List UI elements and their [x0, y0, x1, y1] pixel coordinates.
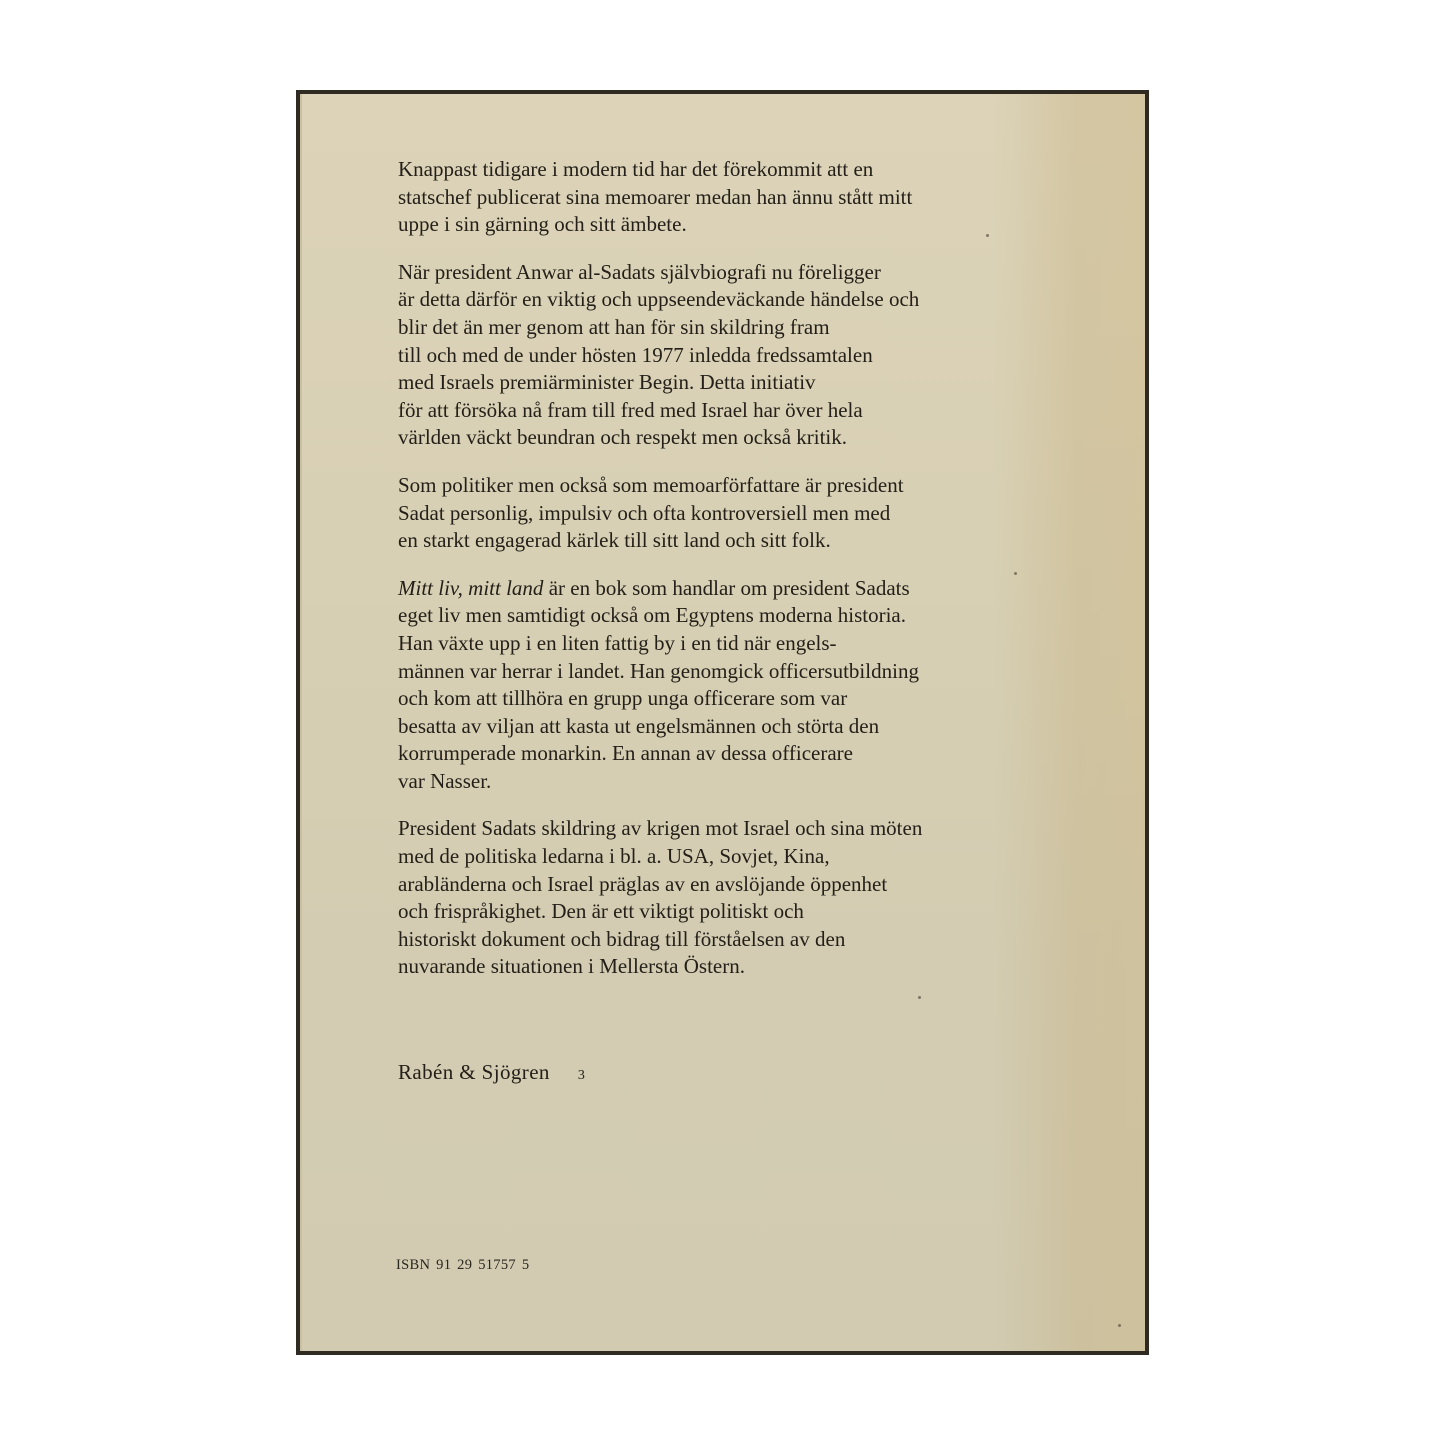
- publisher-row: Rabén & Sjögren 3: [398, 1060, 585, 1085]
- text-line: för att försöka nå fram till fred med Is…: [398, 397, 1038, 425]
- text-line: besatta av viljan att kasta ut engelsmän…: [398, 713, 1038, 741]
- paragraph-2: När president Anwar al-Sadats självbiogr…: [398, 259, 1038, 452]
- text-line: eget liv men samtidigt också om Egyptens…: [398, 602, 1038, 630]
- text-line: männen var herrar i landet. Han genomgic…: [398, 658, 1038, 686]
- text-line: historiskt dokument och bidrag till förs…: [398, 926, 1038, 954]
- paper-speck: [918, 996, 921, 999]
- text-line: Sadat personlig, impulsiv och ofta kontr…: [398, 500, 1038, 528]
- text-line: var Nasser.: [398, 768, 1038, 796]
- text-line: Som politiker men också som memoarförfat…: [398, 472, 1038, 500]
- paper-speck: [986, 234, 989, 237]
- text-line: och frispråkighet. Den är ett viktigt po…: [398, 898, 1038, 926]
- text-line: med de politiska ledarna i bl. a. USA, S…: [398, 843, 1038, 871]
- paragraph-5: President Sadats skildring av krigen mot…: [398, 815, 1038, 981]
- text-line: arabländerna och Israel präglas av en av…: [398, 871, 1038, 899]
- text-line: statschef publicerat sina memoarer medan…: [398, 184, 1038, 212]
- text-line: är detta därför en viktig och uppseendev…: [398, 286, 1038, 314]
- text-line: med Israels premiärminister Begin. Detta…: [398, 369, 1038, 397]
- text-line: blir det än mer genom att han för sin sk…: [398, 314, 1038, 342]
- edition-mark: 3: [578, 1068, 585, 1084]
- isbn: ISBN 91 29 51757 5: [396, 1257, 529, 1274]
- text-line: och kom att tillhöra en grupp unga offic…: [398, 685, 1038, 713]
- text-line: Knappast tidigare i modern tid har det f…: [398, 156, 1038, 184]
- text-line: När president Anwar al-Sadats självbiogr…: [398, 259, 1038, 287]
- blurb-text: Knappast tidigare i modern tid har det f…: [398, 156, 1038, 1001]
- publisher-name: Rabén & Sjögren: [398, 1060, 550, 1085]
- paragraph-1: Knappast tidigare i modern tid har det f…: [398, 156, 1038, 239]
- text-line: en starkt engagerad kärlek till sitt lan…: [398, 527, 1038, 555]
- text-line-rest: är en bok som handlar om president Sadat…: [543, 576, 909, 600]
- paragraph-3: Som politiker men också som memoarförfat…: [398, 472, 1038, 555]
- text-line: nuvarande situationen i Mellersta Östern…: [398, 953, 1038, 981]
- paper-speck: [1118, 1324, 1121, 1327]
- text-line: världen väckt beundran och respekt men o…: [398, 424, 1038, 452]
- text-line: uppe i sin gärning och sitt ämbete.: [398, 211, 1038, 239]
- book-back-cover: Knappast tidigare i modern tid har det f…: [296, 90, 1149, 1355]
- book-title: Mitt liv, mitt land: [398, 576, 543, 600]
- text-line: Mitt liv, mitt land är en bok som handla…: [398, 575, 1038, 603]
- text-line: Han växte upp i en liten fattig by i en …: [398, 630, 1038, 658]
- paragraph-4: Mitt liv, mitt land är en bok som handla…: [398, 575, 1038, 796]
- paper-speck: [1014, 572, 1017, 575]
- text-line: korrumperade monarkin. En annan av dessa…: [398, 740, 1038, 768]
- text-line: President Sadats skildring av krigen mot…: [398, 815, 1038, 843]
- text-line: till och med de under hösten 1977 inledd…: [398, 342, 1038, 370]
